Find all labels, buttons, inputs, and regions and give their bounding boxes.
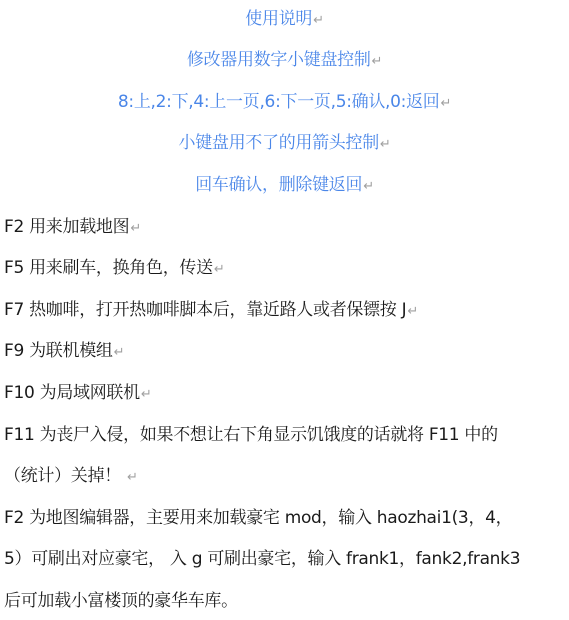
body-line: （统计）关掉！ ↵ xyxy=(4,464,138,488)
body-line: F2 为地图编辑器，主要用来加载豪宅 mod，输入 haozhai1(3，4， xyxy=(4,506,513,530)
paragraph-mark-icon: ↵ xyxy=(363,179,374,194)
heading-text: 修改器用数字小键盘控制 xyxy=(187,50,371,70)
body-line: 后可加载小富楼顶的豪华车库。 xyxy=(4,589,239,613)
body-text: 5）可刷出对应豪宅， 入 g 可刷出豪宅，输入 frank1，fank2,fra… xyxy=(4,549,520,569)
heading-line: 修改器用数字小键盘控制↵ xyxy=(0,48,569,72)
paragraph-mark-icon: ↵ xyxy=(127,470,138,485)
heading-line: 8:上,2:下,4:上一页,6:下一页,5:确认,0:返回↵ xyxy=(0,90,569,114)
paragraph-mark-icon: ↵ xyxy=(372,54,383,69)
paragraph-mark-icon: ↵ xyxy=(441,96,452,111)
paragraph-mark-icon: ↵ xyxy=(380,137,391,152)
heading-text: 回车确认，删除键返回 xyxy=(195,175,362,195)
heading-line: 回车确认，删除键返回↵ xyxy=(0,173,569,197)
paragraph-mark-icon: ↵ xyxy=(407,304,418,319)
paragraph-mark-icon: ↵ xyxy=(130,221,141,236)
body-line: F10 为局域网联机↵ xyxy=(4,381,151,405)
body-line: F11 为丧尸入侵，如果不想让右下角显示饥饿度的话就将 F11 中的 xyxy=(4,423,499,447)
body-text: 后可加载小富楼顶的豪华车库。 xyxy=(4,591,238,611)
body-line: F9 为联机模组↵ xyxy=(4,339,124,363)
body-text: F10 为局域网联机 xyxy=(4,383,140,403)
heading-text: 使用说明 xyxy=(245,9,312,29)
body-text: （统计）关掉！ xyxy=(4,466,126,486)
body-text: F11 为丧尸入侵，如果不想让右下角显示饥饿度的话就将 F11 中的 xyxy=(4,425,498,445)
body-text: F7 热咖啡，打开热咖啡脚本后，靠近路人或者保镖按 J xyxy=(4,300,406,320)
body-line: F5 用来刷车，换角色，传送↵ xyxy=(4,256,224,280)
body-text: F2 用来加载地图 xyxy=(4,217,129,237)
body-line: F7 热咖啡，打开热咖啡脚本后，靠近路人或者保镖按 J↵ xyxy=(4,298,418,322)
body-line: F2 用来加载地图↵ xyxy=(4,215,141,239)
heading-line: 小键盘用不了的用箭头控制↵ xyxy=(0,131,569,155)
heading-text: 8:上,2:下,4:上一页,6:下一页,5:确认,0:返回 xyxy=(118,92,440,112)
body-line: 5）可刷出对应豪宅， 入 g 可刷出豪宅，输入 frank1，fank2,fra… xyxy=(4,547,521,571)
heading-text: 小键盘用不了的用箭头控制 xyxy=(179,133,379,153)
heading-title: 使用说明↵ xyxy=(0,7,569,31)
paragraph-mark-icon: ↵ xyxy=(114,345,125,360)
paragraph-mark-icon: ↵ xyxy=(313,13,324,28)
body-text: F9 为联机模组 xyxy=(4,341,113,361)
body-text: F2 为地图编辑器，主要用来加载豪宅 mod，输入 haozhai1(3，4， xyxy=(4,508,512,528)
paragraph-mark-icon: ↵ xyxy=(214,262,225,277)
body-text: F5 用来刷车，换角色，传送 xyxy=(4,258,213,278)
paragraph-mark-icon: ↵ xyxy=(141,387,152,402)
